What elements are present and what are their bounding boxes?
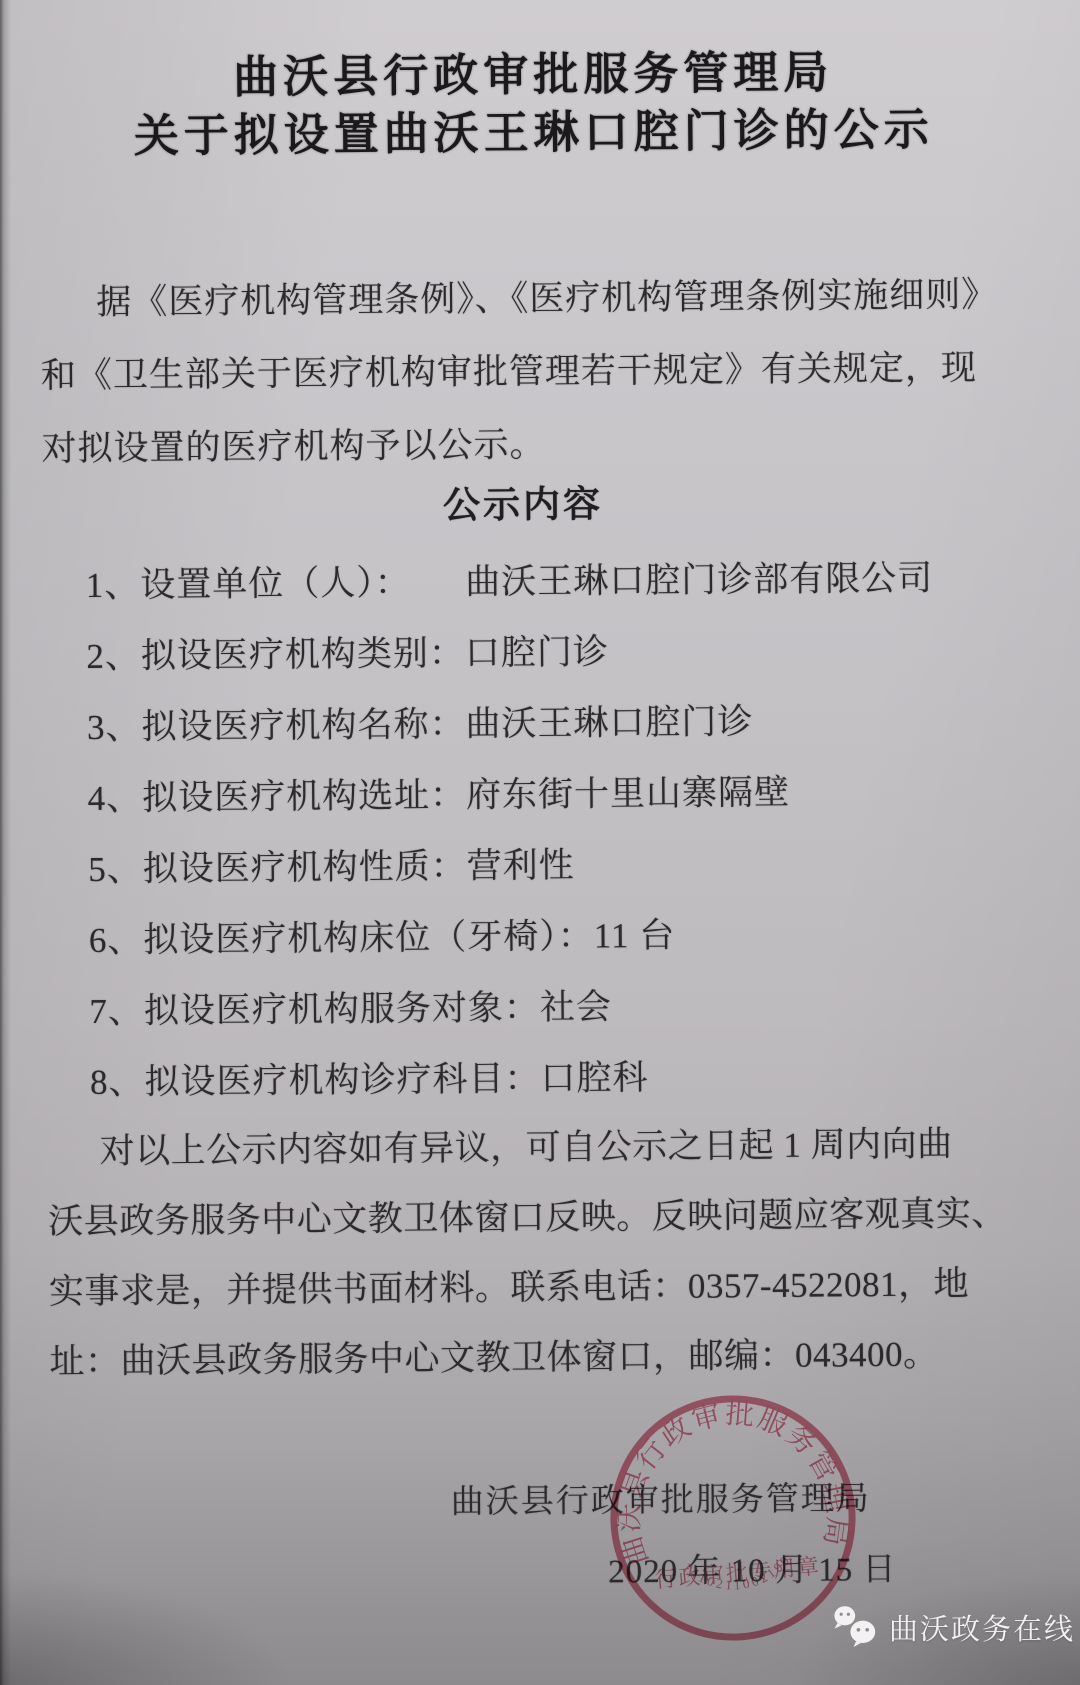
notice-paper: 曲沃县行政审批服务管理局 关于拟设置曲沃王琳口腔门诊的公示 据《医疗机构管理条例…: [0, 0, 1080, 1685]
notice-item-8: 8、拟设医疗机构诊疗科目：口腔科: [90, 1039, 1053, 1118]
wechat-icon: [832, 1604, 880, 1650]
watermark-label: 曲沃政务在线: [889, 1607, 1075, 1648]
title-line-2: 关于拟设置曲沃王琳口腔门诊的公示: [0, 99, 1074, 166]
notice-item-7: 7、拟设医疗机构服务对象：社会: [89, 968, 1052, 1047]
date-line: 2020 年 10 月 15 日: [6, 1547, 1080, 1598]
intro-line: 据《医疗机构管理条例》、《医疗机构管理条例实施细则》: [40, 258, 1038, 340]
wechat-watermark: 曲沃政务在线: [832, 1604, 1075, 1650]
intro-line: 对拟设置的医疗机构予以公示。: [41, 404, 1039, 486]
notice-list: 1、设置单位（人）： 曲沃王琳口腔门诊部有限公司 2、拟设医疗机构类别：口腔门诊…: [85, 542, 1052, 1118]
notice-item-5: 5、拟设医疗机构性质：营利性: [88, 826, 1051, 905]
notice-item-4: 4、拟设医疗机构选址：府东街十里山寨隔壁: [87, 755, 1050, 834]
document-photo: 曲沃县行政审批服务管理局 关于拟设置曲沃王琳口腔门诊的公示 据《医疗机构管理条例…: [0, 0, 1080, 1685]
closing-line: 址：曲沃县政务服务中心文教卫体窗口，邮编：043400。: [49, 1319, 1049, 1398]
official-seal: 曲沃县行政审批服务管理局 行政审批专用章 1410211002199: [593, 1378, 873, 1658]
intro-paragraph: 据《医疗机构管理条例》、《医疗机构管理条例实施细则》 和《卫生部关于医疗机构审批…: [40, 258, 1039, 486]
notice-item-6: 6、拟设医疗机构床位（牙椅）：11 台: [89, 897, 1052, 976]
notice-item-3: 3、拟设医疗机构名称：曲沃王琳口腔门诊: [87, 684, 1050, 763]
intro-line: 和《卫生部关于医疗机构审批管理若干规定》有关规定，现: [41, 331, 1039, 413]
closing-line: 沃县政务服务中心文教卫体窗口反映。反映问题应客观真实、: [48, 1179, 1048, 1258]
notice-item-1: 1、设置单位（人）： 曲沃王琳口腔门诊部有限公司: [85, 542, 1048, 621]
closing-line: 实事求是，并提供书面材料。联系电话：0357-4522081，地: [49, 1249, 1049, 1328]
notice-title: 曲沃县行政审批服务管理局 关于拟设置曲沃王琳口腔门诊的公示: [0, 41, 1074, 166]
closing-paragraph: 对以上公示内容如有异议，可自公示之日起 1 周内向曲 沃县政务服务中心文教卫体窗…: [47, 1109, 1048, 1398]
closing-line: 对以上公示内容如有异议，可自公示之日起 1 周内向曲: [47, 1109, 1047, 1188]
title-line-1: 曲沃县行政审批服务管理局: [0, 41, 1074, 108]
signature-line: 曲沃县行政审批服务管理局: [6, 1477, 1080, 1526]
section-heading: 公示内容: [0, 478, 1063, 531]
seal-ring-text: 曲沃县行政审批服务管理局: [603, 1388, 857, 1570]
notice-item-2: 2、拟设医疗机构类别：口腔门诊: [86, 613, 1049, 692]
